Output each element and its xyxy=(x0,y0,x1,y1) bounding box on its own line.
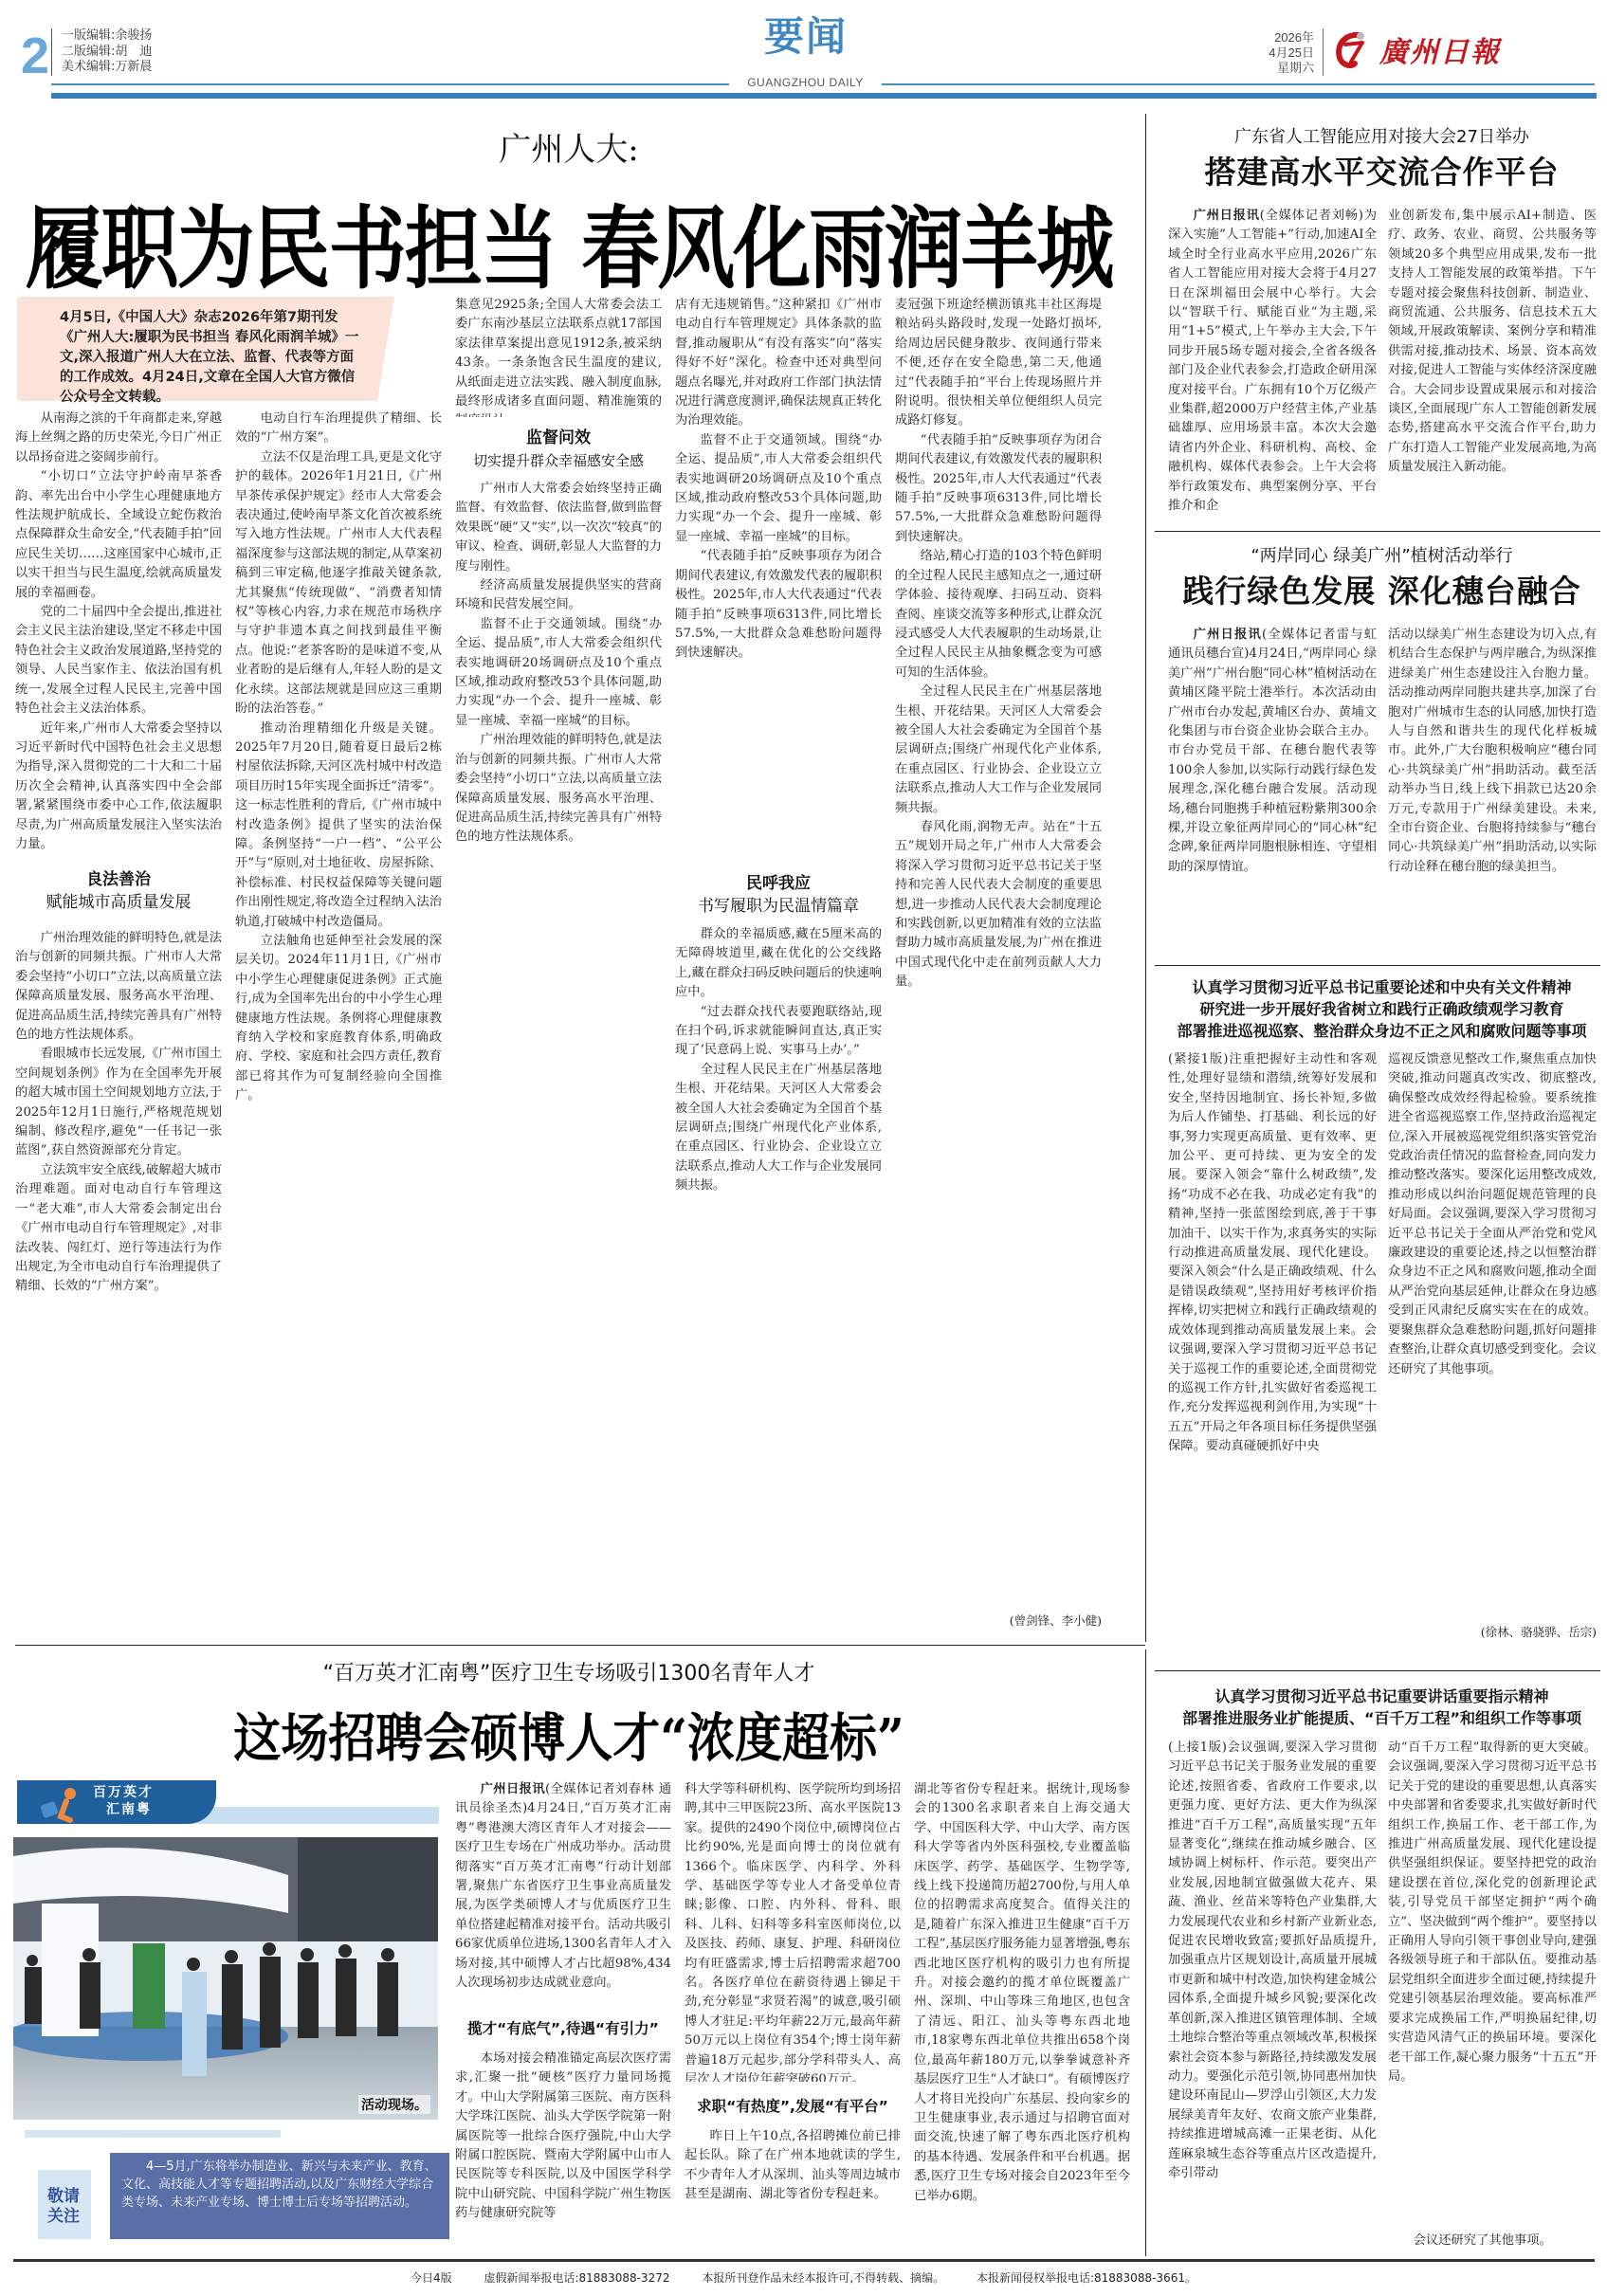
paragraph: 昨日上午10点,各招聘摊位前已排起长队。除了在广州本地就读的学生,不少青年人才从… xyxy=(685,2127,901,2205)
paragraph: (全媒体记者刘畅)为深入实施“人工智能+”行动,加速AI全域全时全行业高水平应用… xyxy=(1168,209,1377,513)
notice-box: 敬请关注 4—5月,广东将举办制造业、新兴与未来产业、教育、文化、高技能人才等专… xyxy=(13,2130,449,2239)
paragraph: 党的二十届四中全会提出,推进社会主义民主法治建设,坚定不移走中国特色社会主义政治… xyxy=(15,603,222,719)
paragraph: 集意见2925条;全国人大常委会法工委广东南沙基层立法联系点就17部国家法律草案… xyxy=(455,296,662,417)
headline-line: 研究进一步开展好我省树立和践行正确政绩观学习教育 xyxy=(1161,998,1602,1020)
paragraph: 会议还研究了其他事项。 xyxy=(1388,2232,1597,2250)
notice-decor xyxy=(25,2130,281,2138)
story-kicker: 广东省人工智能应用对接大会27日举办 xyxy=(1161,123,1602,148)
headline-line: 部署推进服务业扩能提质、“百千万工程”和组织工作等事项 xyxy=(1161,1707,1602,1729)
paragraph: 立法筑牢安全底线,破解超大城市治理难题。面对电动自行车管理这一“老大难”,市人大… xyxy=(15,1161,222,1297)
headline-line: 认真学习贯彻习近平总书记重要讲话重要指示精神 xyxy=(1161,1686,1602,1707)
paragraph: (上接1版)会议强调,要深入学习贯彻习近平总书记关于服务业发展的重要论述,按照省… xyxy=(1168,1739,1377,2183)
paragraph: 立法不仅是治理工具,更是文化守护的载体。2026年1月21日,《广州早茶传承保护… xyxy=(235,448,442,720)
paragraph: 业创新发布,集中展示AI+制造、医疗、政务、农业、商贸、公共服务等领域20多个典… xyxy=(1388,207,1597,478)
meeting2-column-1: (上接1版)会议强调,要深入学习贯彻习近平总书记关于服务业发展的重要论述,按照省… xyxy=(1168,1739,1377,2250)
headline-line: 部署推进巡视巡察、整治群众身边不正之风和腐败问题等事项 xyxy=(1161,1020,1602,1042)
date-year: 2026年 xyxy=(1261,30,1314,46)
notice-badge: 敬请关注 xyxy=(47,2187,82,2227)
paragraph: 广州治理效能的鲜明特色,就是法治与创新的同频共振。广州市人大常委会坚持“小切口”… xyxy=(15,929,222,1045)
paragraph: 群众的幸福质感,藏在5厘米高的无障碍坡道里,藏在优化的公交线路上,藏在群众扫码反… xyxy=(675,925,882,1003)
main-column-1: 从南海之滨的千年商都走来,穿越海上丝绸之路的历史荣光,今日广州正以昂扬奋进之姿阔… xyxy=(15,410,222,855)
today-pages: 今日4版 xyxy=(411,2271,452,2285)
subhead-line: 切实提升群众幸福感安全感 xyxy=(455,449,662,472)
section-subtitle: GUANGZHOU DAILY xyxy=(732,76,879,89)
meeting2-closing: 会议还研究了其他事项。 xyxy=(1388,2232,1597,2252)
recruitment-column-2b: 昨日上午10点,各招聘摊位前已排起长队。除了在广州本地就读的学生,不少青年人才从… xyxy=(685,2127,901,2249)
paragraph: 广州市人大常委会始终坚持正确监督、有效监督、依法监督,做到监督效果既“硬”又“实… xyxy=(455,480,662,576)
subhead-qiuzhi: 求职“有热度”,发展“有平台” xyxy=(685,2095,901,2118)
subhead-line: 监督问效 xyxy=(455,427,662,449)
banner-title: 百万英才 汇南粤 xyxy=(93,1784,154,1818)
paragraph: (紧接1版)注重把握好主动性和客观性,处理好显绩和潜绩,统筹好发展和安全,坚持因… xyxy=(1168,1050,1377,1457)
paragraph: 近年来,广州市人大常委会坚持以习近平新时代中国特色社会主义思想为指导,深入贯彻党… xyxy=(15,720,222,855)
paragraph: 全过程人民民主在广州基层落地生根、开花结果。天河区人大常委会被全国人大社会委确定… xyxy=(675,1061,882,1196)
copyright-notice: 本报所刊登作品未经本报许可,不得转载、摘编。 xyxy=(702,2271,944,2285)
job-fair-photo-icon xyxy=(13,1837,438,2120)
masthead: 2 一版编辑:余骏扬 二版编辑:胡 迪 美术编辑:万新晨 要闻 GUANGZHO… xyxy=(0,0,1607,106)
footer-rule xyxy=(13,2259,1595,2262)
lead-box: 4月5日,《中国人大》杂志2026年第7期刊发《广州人大:履职为民书担当 春风化… xyxy=(17,297,377,401)
notice-text: 4—5月,广东将举办制造业、新兴与未来产业、教育、文化、高技能人才等专题招聘活动… xyxy=(121,2158,438,2212)
main-column-2: 电动自行车治理提供了精细、长效的“广州方案”。 立法不仅是治理工具,更是文化守护… xyxy=(235,410,442,1631)
recruitment-column-2: 科大学等科研机构、医学院所均到场招聘,其中三甲医院23所、高水平医院13家。提供… xyxy=(685,1780,901,2082)
issue-date: 2026年 4月25日 星期六 xyxy=(1261,30,1314,76)
editor-line: 二版编辑:胡 迪 xyxy=(62,45,152,61)
byline: 广州日报讯 xyxy=(481,1782,545,1796)
paragraph: “小切口”立法守护岭南早茶香韵、率先出台中小学生心理健康地方性法规护航成长、全域… xyxy=(15,467,222,603)
meeting1-column-2: 巡视反馈意见整改工作,聚焦重点加快突破,推动问题真改实改、彻底整改,确保整改成效… xyxy=(1388,1050,1597,1623)
subhead-line: 赋能城市高质量发展 xyxy=(15,891,222,914)
fake-news-hotline: 虚假新闻举报电话:81883088-3272 xyxy=(484,2271,669,2285)
paragraph: 从南海之滨的千年商都走来,穿越海上丝绸之路的历史荣光,今日广州正以昂扬奋进之姿阔… xyxy=(15,410,222,467)
story-headline: 践行绿色发展 深化穗台融合 xyxy=(1161,567,1602,611)
paragraph: 络站,精心打造的103个特色鲜明的全过程人民民主感知点之一,通过研学体验、接待观… xyxy=(895,547,1102,683)
date-weekday: 星期六 xyxy=(1261,61,1314,76)
ai-conference-story: 广东省人工智能应用对接大会27日举办 搭建高水平交流合作平台 xyxy=(1161,123,1602,192)
paragraph: 店有无违规销售。”这种紧扣《广州市电动自行车管理规定》具体条款的监督,推动履职从… xyxy=(675,296,882,431)
event-photo: 活动现场。 xyxy=(13,1837,438,2120)
tree-story-column-1: 广州日报讯(全媒体记者雷与虹 通讯员穗台宣)4月24日,“两岸同心 绿美广州”广… xyxy=(1168,626,1377,953)
main-column-5: 麦冠强下班途经横沥镇兆丰社区海堤粮站码头路段时,发现一处路灯损坏,给周边居民健身… xyxy=(895,296,1102,1613)
paragraph: 湖北等省份专程赶来。据统计,现场参会的1300名求职者来自上海交通大学、中国医科… xyxy=(914,1780,1130,2206)
editor-line: 美术编辑:万新晨 xyxy=(62,60,152,76)
recruitment-headline: 这场招聘会硕博人才“浓度超标” xyxy=(0,1697,1138,1772)
paragraph: 电动自行车治理提供了精细、长效的“广州方案”。 xyxy=(235,410,442,448)
main-column-1b: 广州治理效能的鲜明特色,就是法治与创新的同频共振。广州市人大常委会坚持“小切口”… xyxy=(15,929,222,1631)
divider xyxy=(882,83,1595,85)
meeting2-column-2: 动“百千万工程”取得新的更大突破。会议强调,要深入学习贯彻习近平总书记关于党的建… xyxy=(1388,1739,1597,2232)
subhead-line: 书写履职为民温情篇章 xyxy=(675,895,882,918)
paragraph: (全媒体记者刘春林 通讯员徐圣杰)4月24日,“百万英才汇南粤”粤港澳大湾区青年… xyxy=(455,1782,671,1990)
recruitment-column-1b: 本场对接会精准锚定高层次医疗需求,汇聚一批“硬核”医疗力量同场揽才。中山大学附属… xyxy=(455,2050,671,2249)
paragraph: 本场对接会精准锚定高层次医疗需求,汇聚一批“硬核”医疗力量同场揽才。中山大学附属… xyxy=(455,2050,671,2224)
subhead-line: 求职“有热度”,发展“有平台” xyxy=(685,2095,901,2118)
editor-line: 一版编辑:余骏扬 xyxy=(62,28,152,45)
logo-emblem-icon xyxy=(1332,29,1372,69)
subhead-jiandu: 监督问效 切实提升群众幸福感安全感 xyxy=(455,427,662,472)
newspaper-name: 廣州日報 xyxy=(1379,28,1501,70)
divider xyxy=(51,83,729,85)
paragraph: 监督不止于交通领域。围绕“办全运、提品质”,市人大常委会组织代表实地调研20场调… xyxy=(675,431,882,547)
paragraph: 活动以绿美广州生态建设为切入点,有机结合生态保护与两岸融合,为纵深推进绿美广州生… xyxy=(1388,626,1597,877)
story-divider xyxy=(1155,965,1600,966)
badge-text: 敬请关注 xyxy=(47,2187,82,2227)
paragraph: 推动治理精细化升级是关键。2025年7月20日,随着夏日最后2栋村屋依法拆除,天… xyxy=(235,720,442,932)
date-day: 4月25日 xyxy=(1261,46,1314,61)
story-divider xyxy=(1155,1670,1600,1671)
column-divider xyxy=(1145,114,1146,1642)
story-divider xyxy=(1155,531,1600,532)
banner-line: 汇南粤 xyxy=(93,1801,154,1818)
subhead-line: 良法善治 xyxy=(15,868,222,891)
lead-box-fold xyxy=(377,297,394,401)
story-divider xyxy=(15,1645,1145,1646)
banner-stripe xyxy=(197,1807,439,1824)
ai-story-column-1: 广州日报讯(全媒体记者刘畅)为深入实施“人工智能+”行动,加速AI全域全时全行业… xyxy=(1168,207,1377,519)
main-column-4b: 群众的幸福质感,藏在5厘米高的无障碍坡道里,藏在优化的公交线路上,藏在群众扫码反… xyxy=(675,925,882,1631)
byline: 广州日报讯 xyxy=(1194,628,1262,642)
newspaper-logo: 廣州日報 xyxy=(1332,21,1501,78)
paragraph: 广州治理效能的鲜明特色,就是法治与创新的同频共振。广州市人大常委会坚持“小切口”… xyxy=(455,731,662,847)
tree-story-column-2: 活动以绿美广州生态建设为切入点,有机结合生态保护与两岸融合,为纵深推进绿美广州生… xyxy=(1388,626,1597,953)
photo-caption: 活动现场。 xyxy=(358,2095,430,2114)
subhead-liangfa: 良法善治 赋能城市高质量发展 xyxy=(15,868,222,914)
main-column-3-top: 集意见2925条;全国人大常委会法工委广东南沙基层立法联系点就17部国家法律草案… xyxy=(455,296,662,417)
divider xyxy=(1323,28,1324,76)
recruitment-column-3: 湖北等省份专程赶来。据统计,现场参会的1300名求职者来自上海交通大学、中国医科… xyxy=(914,1780,1130,2249)
meeting-story-1: 认真学习贯彻习近平总书记重要论述和中央有关文件精神 研究进一步开展好我省树立和践… xyxy=(1161,976,1602,1042)
paragraph: “过去群众找代表要跑联络站,现在扫个码,诉求就能瞬间直达,真正实现了‘民意码上说… xyxy=(675,1003,882,1061)
subhead-lancai: 揽才“有底气”,待遇“有引力” xyxy=(455,2017,671,2040)
editor-credits: 一版编辑:余骏扬 二版编辑:胡 迪 美术编辑:万新晨 xyxy=(51,28,152,76)
story-kicker: “两岸同心 绿美广州”植树活动举行 xyxy=(1161,542,1602,567)
paragraph: 全过程人民民主在广州基层落地生根、开花结果。天河区人大常委会被全国人大社会委确定… xyxy=(895,683,1102,818)
paragraph: “代表随手拍”反映事项存为闭合期间代表建议,有效激发代表的履职积极性。2025年… xyxy=(895,431,1102,547)
paragraph: 巡视反馈意见整改工作,聚焦重点加快突破,推动问题真改实改、彻底整改,确保整改成效… xyxy=(1388,1050,1597,1379)
byline: 广州日报讯 xyxy=(1194,209,1260,223)
ai-story-column-2: 业创新发布,集中展示AI+制造、医疗、政务、农业、商贸、公共服务等领域20多个典… xyxy=(1388,207,1597,519)
paragraph: 经济高质量发展提供坚实的营商环境和民营发展空间。 xyxy=(455,576,662,615)
paragraph: 科大学等科研机构、医学院所均到场招聘,其中三甲医院23所、高水平医院13家。提供… xyxy=(685,1780,901,2082)
subhead-minhu: 民呼我应 书写履职为民温情篇章 xyxy=(675,872,882,918)
paragraph: 麦冠强下班途经横沥镇兆丰社区海堤粮站码头路段时,发现一处路灯损坏,给周边居民健身… xyxy=(895,296,1102,431)
notice-text-panel: 4—5月,广东将举办制造业、新兴与未来产业、教育、文化、高技能人才等专题招聘活动… xyxy=(110,2153,449,2239)
paragraph: 动“百千万工程”取得新的更大突破。会议强调,要深入学习贯彻习近平总书记关于党的建… xyxy=(1388,1739,1597,2086)
campaign-banner: 百万英才 汇南粤 xyxy=(17,1780,439,1824)
column-divider xyxy=(1145,1649,1146,2256)
meeting1-column-1: (紧接1版)注重把握好主动性和客观性,处理好显绩和潜绩,统筹好发展和安全,坚持因… xyxy=(1168,1050,1377,1657)
infringement-hotline: 本报新闻侵权举报电话:81883088-3661。 xyxy=(977,2271,1196,2285)
paragraph: 立法触角也延伸至社会发展的深层关切。2024年11月1日,《广州市中小学生心理健… xyxy=(235,932,442,1106)
running-person-icon xyxy=(38,1786,85,1824)
lead-text: 4月5日,《中国人大》杂志2026年第7期刊发《广州人大:履职为民书担当 春风化… xyxy=(32,308,362,408)
tree-planting-story: “两岸同心 绿美广州”植树活动举行 践行绿色发展 深化穗台融合 xyxy=(1161,542,1602,611)
page-number: 2 xyxy=(21,27,49,85)
paragraph: 看眼城市长远发展,《广州市国土空间规划条例》作为在全国率先开展的超大城市国土空间… xyxy=(15,1045,222,1160)
paragraph: 春风化雨,润物无声。站在“十五五”规划开局之年,广州市人大常委会将深入学习贯彻习… xyxy=(895,818,1102,993)
masthead-rule xyxy=(51,93,1597,99)
page-footer: 今日4版 虚假新闻举报电话:81883088-3272 本报所刊登作品未经本报许… xyxy=(0,2269,1607,2286)
subhead-line: 民呼我应 xyxy=(675,872,882,895)
headline-line: 认真学习贯彻习近平总书记重要论述和中央有关文件精神 xyxy=(1161,976,1602,998)
paragraph: “代表随手拍”反映事项存为闭合期间代表建议,有效激发代表的履职积极性。2025年… xyxy=(675,547,882,663)
section-title: 要闻 xyxy=(740,6,872,63)
banner-line: 百万英才 xyxy=(93,1784,154,1801)
story-headline: 搭建高水平交流合作平台 xyxy=(1161,148,1602,192)
main-column-4: 店有无违规销售。”这种紧扣《广州市电动自行车管理规定》具体条款的监督,推动履职从… xyxy=(675,296,882,865)
recruitment-kicker: “百万英才汇南粤”医疗卫生专场吸引1300名青年人才 xyxy=(0,1657,1138,1686)
recruitment-column-1: 广州日报讯(全媒体记者刘春林 通讯员徐圣杰)4月24日,“百万英才汇南粤”粤港澳… xyxy=(455,1780,671,2008)
main-column-3: 广州市人大常委会始终坚持正确监督、有效监督、依法监督,做到监督效果既“硬”又“实… xyxy=(455,480,662,1631)
paragraph: 监督不止于交通领域。围绕“办全运、提品质”,市人大常委会组织代表实地调研20场调… xyxy=(455,615,662,731)
paragraph: (全媒体记者雷与虹 通讯员穗台宣)4月24日,“两岸同心 绿美广州”广州台胞“同… xyxy=(1168,628,1377,874)
meeting-story-2: 认真学习贯彻习近平总书记重要讲话重要指示精神 部署推进服务业扩能提质、“百千万工… xyxy=(1161,1686,1602,1729)
main-kicker: 广州人大: xyxy=(0,123,1138,170)
main-headline: 履职为民书担当 春风化雨润羊城 xyxy=(0,178,1138,306)
author-signature: (曾剑锋、李小健) xyxy=(895,1612,1102,1632)
author-signature: (徐林、骆骁骅、岳宗) xyxy=(1388,1623,1597,1644)
subhead-line: 揽才“有底气”,待遇“有引力” xyxy=(455,2017,671,2040)
